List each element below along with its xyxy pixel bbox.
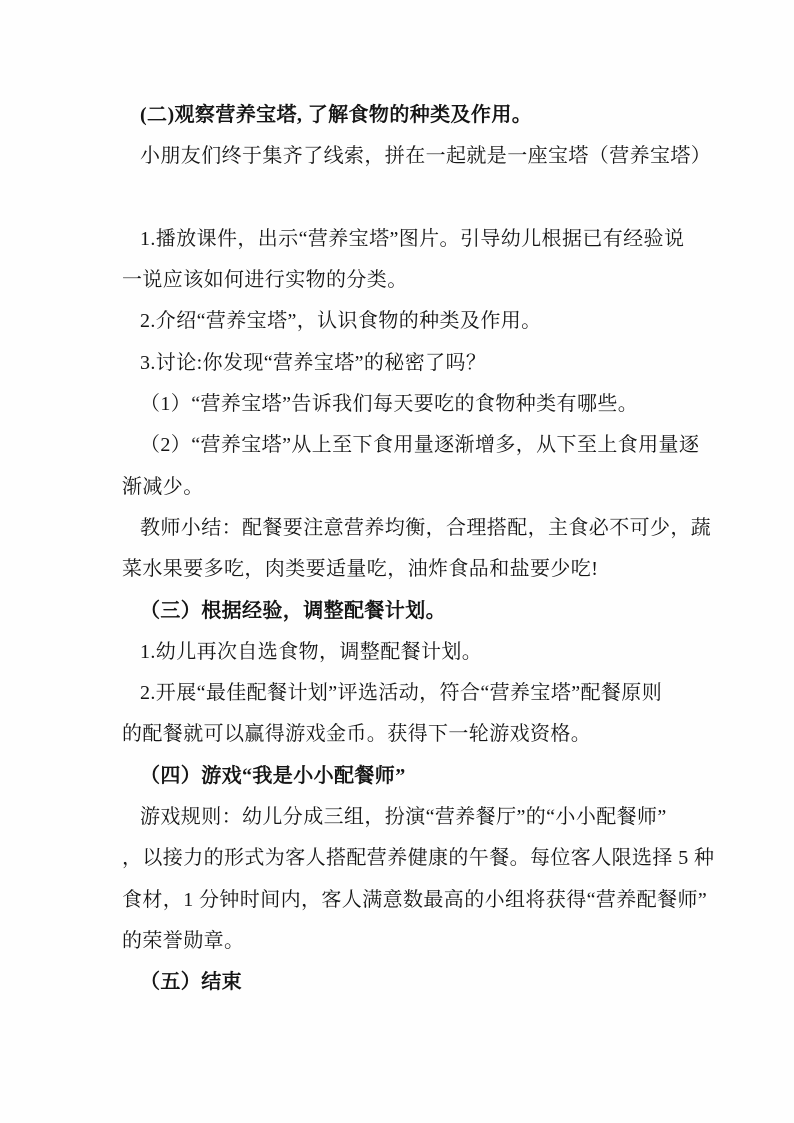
doc-line: 的配餐就可以赢得游戏金币。获得下一轮游戏资格。 [122,714,687,755]
doc-line: 1.幼儿再次自选食物，调整配餐计划。 [122,632,687,673]
section-heading-game: （四）游戏“我是小小配餐师” [122,756,687,797]
blank-line [122,178,687,219]
doc-line: 菜水果要多吃，肉类要适量吃，油炸食品和盐要少吃! [122,549,687,590]
doc-line: 2.开展“最佳配餐计划”评选活动，符合“营养宝塔”配餐原则 [122,673,687,714]
section-heading-end: （五）结束 [122,962,687,1003]
doc-line: 游戏规则：幼儿分成三组，扮演“营养餐厅”的“小小配餐师” [122,797,687,838]
document-body: (二)观察营养宝塔, 了解食物的种类及作用。 小朋友们终于集齐了线索，拼在一起就… [122,95,687,1004]
document-page: (二)观察营养宝塔, 了解食物的种类及作用。 小朋友们终于集齐了线索，拼在一起就… [0,0,794,1123]
section-heading-observe-pagoda: (二)观察营养宝塔, 了解食物的种类及作用。 [122,95,687,136]
doc-line: 小朋友们终于集齐了线索，拼在一起就是一座宝塔（营养宝塔） [122,136,687,177]
doc-line: 一说应该如何进行实物的分类。 [122,260,687,301]
doc-line: （2）“营养宝塔”从上至下食用量逐渐增多，从下至上食用量逐 [122,425,687,466]
doc-line: 的荣誉勋章。 [122,921,687,962]
doc-line: 1.播放课件，出示“营养宝塔”图片。引导幼儿根据已有经验说 [122,219,687,260]
doc-line: 食材，1 分钟时间内，客人满意数最高的小组将获得“营养配餐师” [122,880,687,921]
doc-line: （1）“营养宝塔”告诉我们每天要吃的食物种类有哪些。 [122,384,687,425]
doc-line: 渐减少。 [122,467,687,508]
doc-line: ，以接力的形式为客人搭配营养健康的午餐。每位客人限选择 5 种 [122,838,687,879]
doc-line: 2.介绍“营养宝塔”，认识食物的种类及作用。 [122,301,687,342]
doc-line: 3.讨论:你发现“营养宝塔”的秘密了吗？ [122,343,687,384]
doc-line: 教师小结：配餐要注意营养均衡，合理搭配，主食必不可少，蔬 [122,508,687,549]
section-heading-adjust-plan: （三）根据经验，调整配餐计划。 [122,591,687,632]
